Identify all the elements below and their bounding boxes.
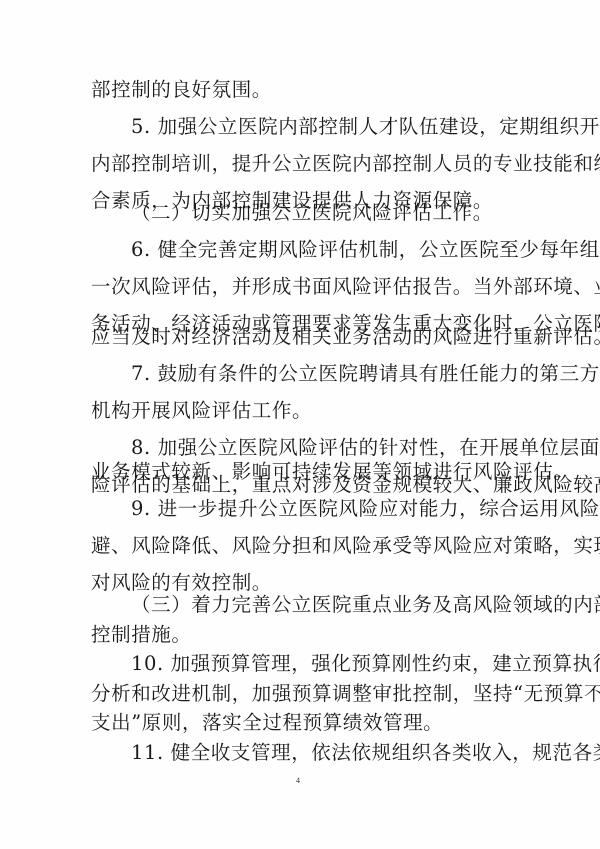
- paragraph-line: 7. 鼓励有条件的公立医院聘请具有胜任能力的第三方: [131, 362, 561, 386]
- section-heading: （二）切实加强公立医院风险评估工作。: [131, 201, 561, 225]
- paragraph-line: 控制措施。: [91, 623, 521, 647]
- document-page: 部控制的良好氛围。 5. 加强公立医院内部控制人才队伍建设，定期组织开展 内部控…: [0, 0, 600, 849]
- paragraph-line: 5. 加强公立医院内部控制人才队伍建设，定期组织开展: [131, 115, 561, 139]
- paragraph-line: 分析和改进机制，加强预算调整审批控制，坚持“无预算不: [91, 682, 521, 706]
- page-number: 4: [296, 776, 300, 785]
- paragraph-line: 避、风险降低、风险分担和风险承受等风险应对策略，实现: [91, 534, 521, 558]
- paragraph-line: 部控制的良好氛围。: [91, 78, 521, 102]
- paragraph-line: 6. 健全完善定期风险评估机制，公立医院至少每年组织: [131, 238, 561, 262]
- section-heading: （三）着力完善公立医院重点业务及高风险领域的内部: [131, 593, 561, 617]
- paragraph-line: 8. 加强公立医院风险评估的针对性，在开展单位层面风: [131, 436, 561, 460]
- paragraph-line: 10. 加强预算管理，强化预算刚性约束，建立预算执行、: [131, 652, 561, 676]
- paragraph-line: 11. 健全收支管理，依法依规组织各类收入，规范各类: [131, 741, 561, 765]
- paragraph-line: 9. 进一步提升公立医院风险应对能力，综合运用风险规: [131, 497, 561, 521]
- paragraph-line: 应当及时对经济活动及相关业务活动的风险进行重新评估。: [91, 325, 521, 349]
- paragraph-line: 对风险的有效控制。: [91, 571, 521, 595]
- paragraph-line: 内部控制培训，提升公立医院内部控制人员的专业技能和综: [91, 152, 521, 176]
- paragraph-line: 一次风险评估，并形成书面风险评估报告。当外部环境、业: [91, 275, 521, 299]
- paragraph-line: 机构开展风险评估工作。: [91, 399, 521, 423]
- paragraph-line: 业务模式较新、影响可持续发展等领域进行风险评估。: [91, 460, 521, 484]
- paragraph-line: 支出”原则，落实全过程预算绩效管理。: [91, 711, 521, 735]
